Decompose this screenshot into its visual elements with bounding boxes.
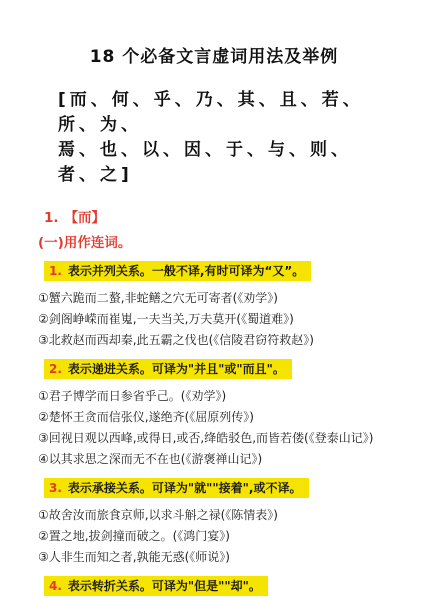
example-line: ④以其求思之深而无不在也(《游褒禅山记》) — [38, 450, 390, 469]
example-line: ①故舍汝而旅食京师,以求斗斛之禄(《陈情表》) — [38, 506, 390, 525]
example-line: ①君子博学而日参省乎己。(《劝学》) — [38, 387, 390, 406]
usage-rule-number: 1. — [49, 264, 62, 278]
usage-rule-highlight: 1.表示并列关系。一般不译,有时可译为“又”。 — [44, 261, 311, 281]
example-line: ③回视日观以西峰,或得日,或否,绛皓驳色,而皆若偻(《登泰山记》) — [38, 429, 390, 448]
section-heading: 1.【而】 — [38, 210, 390, 227]
section-word: 【而】 — [65, 210, 106, 226]
example-line: ②置之地,拔剑撞而破之。(《鸿门宴》) — [38, 527, 390, 546]
page-title: 18 个必备文言虚词用法及举例 — [38, 46, 390, 68]
usage-rule-highlight: 3.表示承接关系。可译为"就""接着",或不译。 — [44, 478, 309, 498]
usage-rule-number: 2. — [49, 362, 62, 376]
usage-rule-row: 1.表示并列关系。一般不译,有时可译为“又”。 — [38, 260, 390, 281]
usage-rule-text: 表示递进关系。可译为"并且"或"而且"。 — [68, 362, 285, 376]
word-list-line-1: [而、何、乎、乃、其、且、若、所、为、 — [58, 88, 390, 138]
usage-rule-number: 4. — [49, 579, 62, 593]
example-line: ③北救赵而西却秦,此五霸之伐也(《信陵君窃符救赵》) — [38, 331, 390, 350]
usage-rule-number: 3. — [49, 481, 62, 495]
usage-rule-text: 表示承接关系。可译为"就""接着",或不译。 — [68, 481, 302, 495]
usage-rule-row: 4.表示转折关系。可译为"但是""却"。 — [38, 575, 390, 596]
section-number: 1. — [44, 210, 59, 226]
usage-rule-text: 表示并列关系。一般不译,有时可译为“又”。 — [68, 264, 304, 278]
document-page: 18 个必备文言虚词用法及举例 [而、何、乎、乃、其、且、若、所、为、 焉、也、… — [0, 0, 424, 600]
usage-rule-row: 3.表示承接关系。可译为"就""接着",或不译。 — [38, 477, 390, 498]
example-line: ②楚怀王贪而信张仪,遂绝齐(《屈原列传》) — [38, 408, 390, 427]
usage-rule-highlight: 2.表示递进关系。可译为"并且"或"而且"。 — [44, 359, 292, 379]
example-line: ①蟹六跪而二螯,非蛇鳝之穴无可寄者(《劝学》) — [38, 289, 390, 308]
subsection-heading: (一)用作连词。 — [38, 235, 390, 252]
word-list: [而、何、乎、乃、其、且、若、所、为、 焉、也、以、因、于、与、则、者、之] — [38, 88, 390, 188]
word-list-line-2: 焉、也、以、因、于、与、则、者、之] — [58, 138, 390, 188]
usage-rule-text: 表示转折关系。可译为"但是""却"。 — [68, 579, 261, 593]
usage-rule-highlight: 4.表示转折关系。可译为"但是""却"。 — [44, 576, 268, 596]
example-line: ③人非生而知之者,孰能无惑(《师说》) — [38, 548, 390, 567]
usage-rule-row: 2.表示递进关系。可译为"并且"或"而且"。 — [38, 358, 390, 379]
example-line: ②剑阁峥嵘而崔嵬,一夫当关,万夫莫开(《蜀道难》) — [38, 310, 390, 329]
